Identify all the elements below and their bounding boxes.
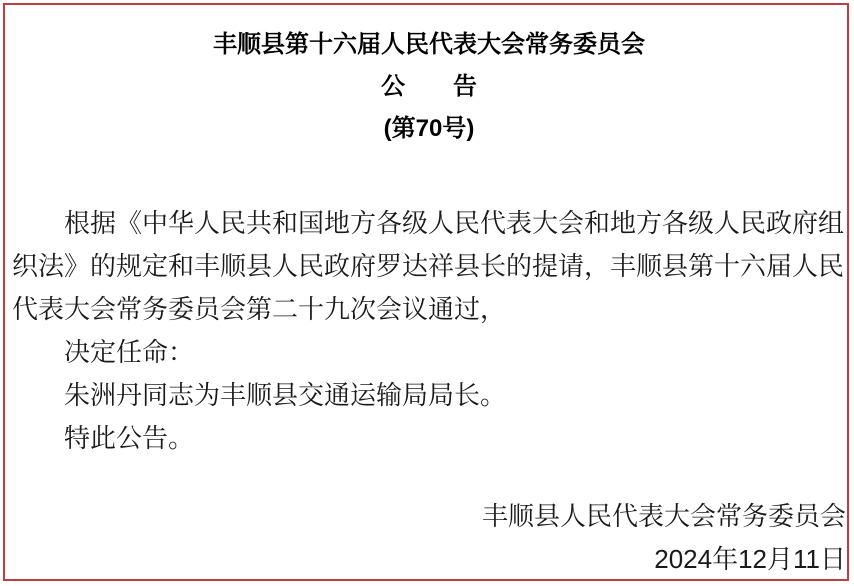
date: 2024年12月11日 [12,538,846,581]
document-frame: 丰顺县第十六届人民代表大会常务委员会 公 告 (第70号) 根据《中华人民共和国… [3,3,849,581]
announcement-body: 根据《中华人民共和国地方各级人民代表大会和地方各级人民政府组 织法》的规定和丰顺… [12,202,846,460]
body-line: 代表大会常务委员会第二十九次会议通过， [12,288,846,331]
signature: 丰顺县人民代表大会常务委员会 [12,495,846,538]
announcement-subtitle: 公 告 [12,66,846,108]
body-line: 特此公告。 [12,417,846,460]
body-line: 决定任命： [12,331,846,374]
announcement-footer: 丰顺县人民代表大会常务委员会 2024年12月11日 [12,495,846,581]
body-line: 织法》的规定和丰顺县人民政府罗达祥县长的提请，丰顺县第十六届人民 [12,245,846,288]
announcement-page: 丰顺县第十六届人民代表大会常务委员会 公 告 (第70号) 根据《中华人民共和国… [0,0,854,586]
document-content: 丰顺县第十六届人民代表大会常务委员会 公 告 (第70号) 根据《中华人民共和国… [12,5,846,581]
announcement-number: (第70号) [12,108,846,150]
body-line: 朱洲丹同志为丰顺县交通运输局局长。 [12,374,846,417]
announcement-title: 丰顺县第十六届人民代表大会常务委员会 [12,24,846,66]
body-line: 根据《中华人民共和国地方各级人民代表大会和地方各级人民政府组 [12,202,846,245]
